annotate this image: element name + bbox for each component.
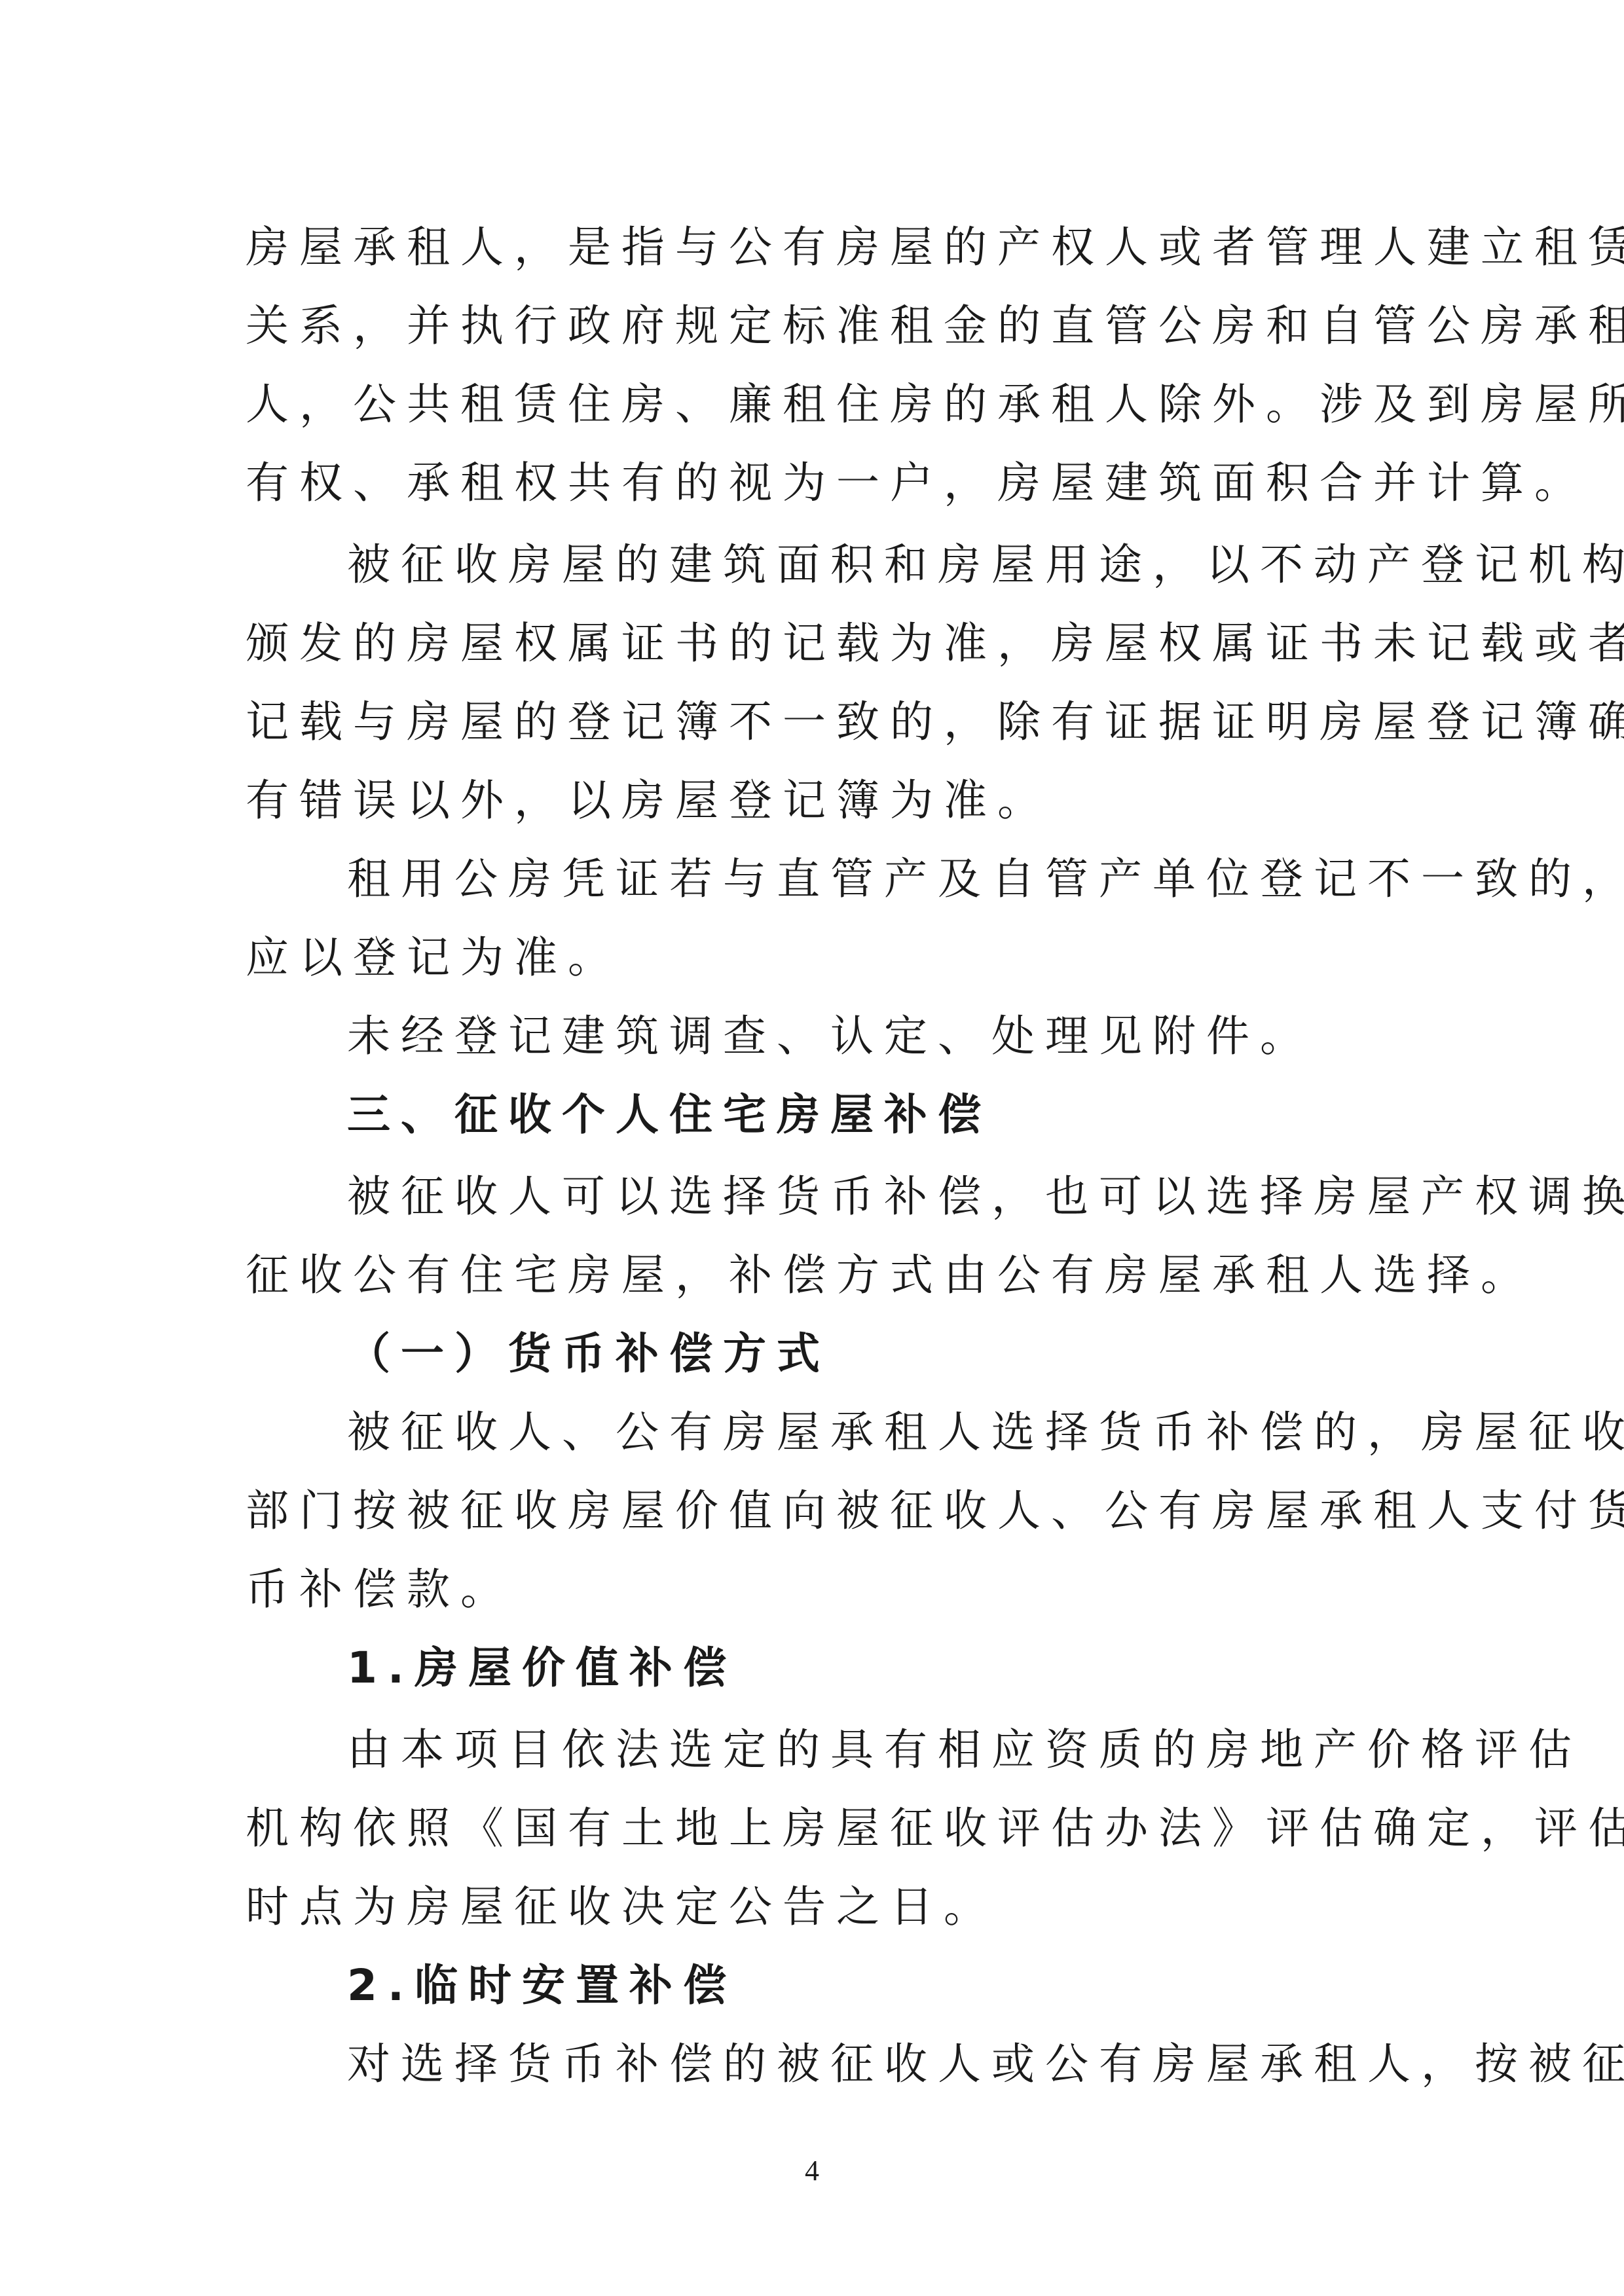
item-heading: 2.临时安置补偿 [347, 1964, 1486, 2007]
body-line: 征收公有住宅房屋，补偿方式由公有房屋承租人选择。 [246, 1254, 1385, 1297]
body-line: 房屋承租人，是指与公有房屋的产权人或者管理人建立租赁 [246, 226, 1385, 269]
paragraph-start: 由本项目依法选定的具有相应资质的房地产价格评估 [347, 1728, 1486, 1772]
paragraph-start: 未经登记建筑调查、认定、处理见附件。 [347, 1015, 1486, 1058]
subsection-heading: （一）货币补偿方式 [347, 1332, 1486, 1376]
page-number: 4 [0, 2154, 1624, 2187]
paragraph-start: 被征收人可以选择货币补偿，也可以选择房屋产权调换。 [347, 1175, 1486, 1218]
body-line: 颁发的房屋权属证书的记载为准，房屋权属证书未记载或者 [246, 622, 1385, 665]
body-line: 机构依照《国有土地上房屋征收评估办法》评估确定，评估 [246, 1807, 1385, 1850]
document-page: 房屋承租人，是指与公有房屋的产权人或者管理人建立租赁 关系，并执行政府规定标准租… [0, 0, 1624, 2296]
item-heading: 1.房屋价值补偿 [347, 1647, 1486, 1690]
body-line: 时点为房屋征收决定公告之日。 [246, 1886, 1385, 1929]
body-line: 有权、承租权共有的视为一户，房屋建筑面积合并计算。 [246, 462, 1385, 505]
paragraph-start: 被征收房屋的建筑面积和房屋用途，以不动产登记机构 [347, 543, 1486, 587]
section-heading: 三、征收个人住宅房屋补偿 [347, 1093, 1486, 1137]
body-line: 记载与房屋的登记簿不一致的，除有证据证明房屋登记簿确 [246, 701, 1385, 744]
paragraph-start: 被征收人、公有房屋承租人选择货币补偿的，房屋征收 [347, 1411, 1486, 1454]
body-line: 应以登记为准。 [246, 936, 1385, 979]
paragraph-start: 对选择货币补偿的被征收人或公有房屋承租人，按被征 [347, 2043, 1486, 2086]
body-line: 部门按被征收房屋价值向被征收人、公有房屋承租人支付货 [246, 1489, 1385, 1533]
body-line: 人，公共租赁住房、廉租住房的承租人除外。涉及到房屋所 [246, 383, 1385, 426]
body-line: 有错误以外，以房屋登记簿为准。 [246, 779, 1385, 822]
paragraph-start: 租用公房凭证若与直管产及自管产单位登记不一致的， [347, 858, 1486, 901]
body-line: 币补偿款。 [246, 1568, 1385, 1611]
body-line: 关系，并执行政府规定标准租金的直管公房和自管公房承租 [246, 304, 1385, 348]
